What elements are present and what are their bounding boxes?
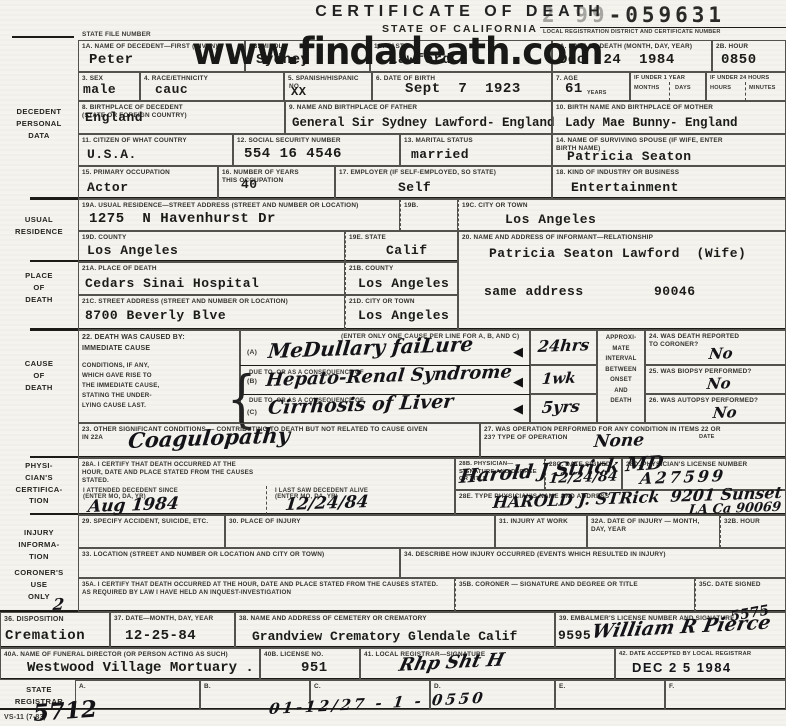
field-11-value: U.S.A. — [87, 147, 137, 162]
field-28a-attended-value: Aug 1984 — [87, 494, 180, 517]
field-39-embalmer: 39. EMBALMER'S LICENSE NUMBER AND SIGNAT… — [555, 612, 786, 648]
section-usual-residence: USUAL RESIDENCE — [4, 214, 74, 238]
field-40a-value: Westwood Village Mortuary . — [27, 660, 254, 676]
field-22-cause-lines: (ENTER ONLY ONE CAUSE PER LINE FOR A, B,… — [240, 330, 530, 423]
arrow-icon-b: ◀ — [513, 374, 523, 390]
field-9-father: 9. NAME AND BIRTHPLACE OF FATHER General… — [285, 101, 552, 134]
field-28a-certification: 28A. I CERTIFY THAT DEATH OCCURRED AT TH… — [78, 458, 455, 515]
field-19c-label: 19C. CITY OR TOWN — [462, 202, 782, 210]
field-21b-county: 21B. COUNTY Los Angeles — [345, 262, 458, 295]
section-physicians-certification: PHYSI- CIAN'S CERTIFICA- TION — [4, 460, 74, 507]
interval-c-cell: 5yrs — [530, 394, 597, 423]
field-2b-hour: 2B. HOUR 0850 — [712, 40, 786, 72]
registrar-cell-e-label: E. — [559, 683, 661, 691]
field-15-label: 15. PRIMARY OCCUPATION — [82, 169, 214, 177]
field-13-label: 13. MARITAL STATUS — [404, 137, 548, 145]
field-19d-county: 19D. COUNTY Los Angeles — [78, 231, 345, 262]
field-41-local-registrar: 41. LOCAL REGISTRAR—SIGNATURE Rhp Sht H — [360, 648, 615, 680]
field-3-sex: 3. SEX male — [78, 72, 140, 101]
field-37-label: 37. DATE—MONTH, DAY, YEAR — [114, 615, 231, 623]
section-place-of-death: PLACE OF DEATH — [4, 270, 74, 305]
field-28a-label: 28A. I CERTIFY THAT DEATH OCCURRED AT TH… — [82, 461, 451, 485]
field-33-label: 33. LOCATION (STREET AND NUMBER OR LOCAT… — [82, 551, 396, 559]
state-file-blank-line — [12, 36, 74, 38]
field-20-label: 20. NAME AND ADDRESS OF INFORMANT—RELATI… — [462, 234, 782, 242]
field-22-cause-caption: 22. DEATH WAS CAUSED BY: IMMEDIATE CAUSE… — [78, 330, 240, 423]
field-28e-physician-name-address: 28E. TYPE PHYSICIAN'S NAME AND ADDRESS H… — [455, 490, 786, 515]
findadeath-watermark: www.findadeath.com — [192, 30, 603, 73]
field-3-value: male — [83, 82, 116, 97]
field-38-value: Grandview Crematory Glendale Calif — [252, 629, 517, 644]
field-19a-residence-street: 19A. USUAL RESIDENCE—STREET ADDRESS (STR… — [78, 199, 400, 231]
under24-divider — [745, 82, 746, 101]
field-4-value: cauc — [155, 82, 188, 97]
field-21a-value: Cedars Sinai Hospital — [85, 276, 259, 291]
field-18-industry: 18. KIND OF INDUSTRY OR BUSINESS Enterta… — [552, 166, 786, 199]
section-cause-of-death: CAUSE OF DEATH — [4, 358, 74, 393]
field-26-autopsy: 26. WAS AUTOPSY PERFORMED? No — [645, 394, 786, 423]
arrow-icon-a: ◀ — [513, 344, 523, 360]
interval-caption-cell: APPROXI- MATE INTERVAL BETWEEN ONSET AND… — [597, 330, 645, 423]
interval-a-cell: 24hrs — [530, 330, 597, 365]
field-39-typed-number: 9595 — [558, 628, 591, 643]
field-40b-value: 951 — [301, 660, 328, 676]
field-30-place-of-injury: 30. PLACE OF INJURY — [225, 515, 495, 548]
field-16-value: 40 — [241, 177, 258, 192]
field-19a-value: 1275 N Havenhurst Dr — [89, 211, 276, 227]
field-under1-label: IF UNDER 1 YEAR — [634, 75, 702, 82]
field-21b-value: Los Angeles — [358, 276, 449, 291]
field-37-value: 12-25-84 — [125, 628, 196, 644]
under1-days: DAYS — [675, 85, 691, 91]
field-19e-state: 19E. STATE Calif — [345, 231, 458, 262]
registrar-cell-f-label: F. — [669, 683, 782, 691]
field-35a-coroner-certification: 35A. I CERTIFY THAT DEATH OCCURRED AT TH… — [78, 578, 455, 612]
field-19b-label: 19B. — [404, 202, 454, 210]
field-24-reported-to-coroner: 24. WAS DEATH REPORTED TO CORONER? No — [645, 330, 786, 365]
field-11-label: 11. CITIZEN OF WHAT COUNTRY — [82, 137, 229, 145]
interval-c-value: 5yrs — [541, 397, 581, 417]
field-23-other-conditions: 23. OTHER SIGNIFICANT CONDITIONS — CONTR… — [78, 423, 480, 458]
field-29-accident-suicide: 29. SPECIFY ACCIDENT, SUICIDE, ETC. — [78, 515, 225, 548]
field-31-label: 31. INJURY AT WORK — [499, 518, 583, 526]
interval-b-cell: 1wk — [530, 365, 597, 394]
field-21b-label: 21B. COUNTY — [349, 265, 454, 273]
field-30-label: 30. PLACE OF INJURY — [229, 518, 491, 526]
field-13-marital-status: 13. MARITAL STATUS married — [400, 134, 552, 166]
field-15-value: Actor — [87, 180, 129, 195]
field-7-value: 61 — [565, 81, 583, 97]
field-21a-place-of-death: 21A. PLACE OF DEATH Cedars Sinai Hospita… — [78, 262, 345, 295]
field-18-label: 18. KIND OF INDUSTRY OR BUSINESS — [556, 169, 782, 177]
field-21c-value: 8700 Beverly Blve — [85, 308, 226, 323]
certnum-underline — [540, 27, 786, 28]
field-22-conditions: CONDITIONS, IF ANY, WHICH GAVE RISE TO T… — [82, 361, 236, 411]
field-10-value: Lady Mae Bunny- England — [565, 116, 738, 130]
state-file-label: STATE FILE NUMBER — [82, 31, 151, 38]
field-10-label: 10. BIRTH NAME AND BIRTHPLACE OF MOTHER — [556, 104, 782, 112]
field-21a-label: 21A. PLACE OF DEATH — [82, 265, 341, 273]
field-22-label: 22. DEATH WAS CAUSED BY: — [82, 333, 236, 342]
cause-a-tag: (A) — [247, 349, 257, 356]
field-5-mark: XX — [291, 85, 306, 99]
field-36-label: 36. DISPOSITION — [4, 615, 106, 624]
interval-b-value: 1wk — [541, 369, 577, 388]
field-21c-street: 21C. STREET ADDRESS (STREET AND NUMBER O… — [78, 295, 345, 330]
field-9-label: 9. NAME AND BIRTHPLACE OF FATHER — [289, 104, 548, 112]
field-34-how-injury-occurred: 34. DESCRIBE HOW INJURY OCCURRED (EVENTS… — [400, 548, 786, 578]
field-21d-city: 21D. CITY OR TOWN Los Angeles — [345, 295, 458, 330]
field-20-value: Patricia Seaton Lawford (Wife) — [489, 246, 746, 261]
field-37-date: 37. DATE—MONTH, DAY, YEAR 12-25-84 — [110, 612, 235, 648]
field-23-value: Coagulopathy — [127, 422, 291, 453]
field-19c-city: 19C. CITY OR TOWN Los Angeles — [458, 199, 786, 231]
field-10-mother: 10. BIRTH NAME AND BIRTHPLACE OF MOTHER … — [552, 101, 786, 134]
field-6-date-of-birth: 6. DATE OF BIRTH Sept 7 1923 — [372, 72, 552, 101]
handwritten-5712: 5712 — [32, 696, 98, 726]
field-35c-label: 35C. DATE SIGNED — [699, 581, 782, 589]
interval-a-value: 24hrs — [537, 335, 590, 356]
field-under-24-hours: IF UNDER 24 HOURS HOURS MINUTES — [706, 72, 786, 101]
field-12-label: 12. SOCIAL SECURITY NUMBER — [237, 137, 396, 145]
registrar-cell-a-label: A. — [79, 683, 196, 691]
field-40b-label: 40B. LICENSE NO. — [264, 651, 356, 659]
under24-hours: HOURS — [710, 85, 731, 91]
field-13-value: married — [411, 147, 469, 162]
field-19e-value: Calif — [386, 243, 428, 258]
interval-caption: APPROXI- MATE INTERVAL BETWEEN ONSET AND… — [601, 333, 641, 407]
field-19c-value: Los Angeles — [505, 212, 596, 227]
field-17-value: Self — [398, 180, 431, 195]
arrow-icon-c: ◀ — [513, 401, 523, 417]
registrar-cell-e: E. — [555, 680, 665, 710]
field-38-label: 38. NAME AND ADDRESS OF CEMETERY OR CREM… — [239, 615, 551, 623]
field-21d-value: Los Angeles — [358, 308, 449, 323]
registrar-cell-f: F. — [665, 680, 786, 710]
field-11-citizen: 11. CITIZEN OF WHAT COUNTRY U.S.A. — [78, 134, 233, 166]
cause-a-value: MeDullary faiLure — [267, 332, 474, 363]
field-24-value: No — [708, 344, 734, 363]
cause-line-b-rule — [240, 394, 530, 395]
under24-minutes: MINUTES — [749, 85, 776, 91]
registrar-cell-c-label: C. — [314, 683, 426, 691]
field-32a-date-of-injury: 32A. DATE OF INJURY — MONTH, DAY, YEAR — [587, 515, 720, 548]
field-32a-label: 32A. DATE OF INJURY — MONTH, DAY, YEAR — [591, 518, 716, 535]
field-42-date-accepted: 42. DATE ACCEPTED BY LOCAL REGISTRAR DEC… — [615, 648, 786, 680]
field-19a-label: 19A. USUAL RESIDENCE—STREET ADDRESS (STR… — [82, 202, 396, 210]
death-certificate-scan: CERTIFICATE OF DEATH STATE OF CALIFORNIA… — [0, 0, 786, 726]
attended-divider — [266, 486, 267, 515]
field-22-immediate-cause: IMMEDIATE CAUSE — [82, 344, 236, 353]
field-17-label: 17. EMPLOYER (IF SELF-EMPLOYED, SO STATE… — [339, 169, 548, 177]
field-5-spanish-hispanic: 5. SPANISH/HISPANIC NO XX — [284, 72, 372, 101]
under1-months: MONTHS — [634, 85, 659, 91]
field-5-label: 5. SPANISH/HISPANIC — [288, 75, 368, 83]
field-20-informant: 20. NAME AND ADDRESS OF INFORMANT—RELATI… — [458, 231, 786, 330]
field-under-1-year: IF UNDER 1 YEAR MONTHS DAYS — [630, 72, 706, 101]
certificate-number-main: -059631 — [609, 3, 726, 27]
field-20-value-line2: same address — [484, 284, 584, 299]
field-38-cemetery: 38. NAME AND ADDRESS OF CEMETERY OR CREM… — [235, 612, 555, 648]
field-19e-label: 19E. STATE — [349, 234, 454, 242]
field-7-unit: YEARS — [587, 90, 607, 96]
field-8-birthplace: 8. BIRTHPLACE OF DECEDENT (STATE OR FORE… — [78, 101, 285, 134]
field-14-surviving-spouse: 14. NAME OF SURVIVING SPOUSE (IF WIFE, E… — [552, 134, 786, 166]
field-42-label: 42. DATE ACCEPTED BY LOCAL REGISTRAR — [619, 651, 782, 659]
field-25-biopsy: 25. WAS BIOPSY PERFORMED? No — [645, 365, 786, 394]
field-16-years-occupation: 16. NUMBER OF YEARS THIS OCCUPATION 40 — [218, 166, 335, 199]
under24-label: IF UNDER 24 HOURS — [710, 75, 782, 82]
field-4-race: 4. RACE/ETHNICITY cauc — [140, 72, 284, 101]
field-16-label: 16. NUMBER OF YEARS THIS OCCUPATION — [222, 169, 331, 186]
field-26-value: No — [712, 403, 738, 422]
certificate-number: 2 99-059631 — [542, 3, 725, 27]
field-19b: 19B. — [400, 199, 458, 231]
field-9-value: General Sir Sydney Lawford- England — [292, 116, 555, 130]
field-35b-label: 35B. CORONER — SIGNATURE AND DEGREE OR T… — [459, 581, 691, 589]
field-19d-value: Los Angeles — [87, 243, 178, 258]
field-20-zip: 90046 — [654, 284, 696, 299]
field-32b-label: 32B. HOUR — [724, 518, 782, 526]
field-32b-hour: 32B. HOUR — [720, 515, 786, 548]
field-19d-label: 19D. COUNTY — [82, 234, 341, 242]
field-14-value: Patricia Seaton — [567, 149, 692, 164]
under1-divider — [669, 82, 670, 101]
field-17-employer: 17. EMPLOYER (IF SELF-EMPLOYED, SO STATE… — [335, 166, 552, 199]
field-36-disposition: 36. DISPOSITION Cremation — [0, 612, 110, 648]
field-27-date-label: DATE — [699, 434, 715, 440]
field-2b-label: 2B. HOUR — [716, 43, 782, 51]
field-41-signature: Rhp Sht H — [397, 649, 506, 676]
field-15-occupation: 15. PRIMARY OCCUPATION Actor — [78, 166, 218, 199]
field-2b-value: 0850 — [721, 52, 757, 68]
field-29-label: 29. SPECIFY ACCIDENT, SUICIDE, ETC. — [82, 518, 221, 526]
field-40b-license-no: 40B. LICENSE NO. 951 — [260, 648, 360, 680]
field-40a-label: 40A. NAME OF FUNERAL DIRECTOR (OR PERSON… — [4, 651, 256, 659]
field-33-location: 33. LOCATION (STREET AND NUMBER OR LOCAT… — [78, 548, 400, 578]
field-28a-lastsaw-value: 12/24/84 — [284, 492, 369, 515]
field-31-injury-at-work: 31. INJURY AT WORK — [495, 515, 587, 548]
certificate-number-faint: 2 99 — [542, 3, 609, 27]
field-35a-label: 35A. I CERTIFY THAT DEATH OCCURRED AT TH… — [82, 581, 442, 597]
field-21c-label: 21C. STREET ADDRESS (STREET AND NUMBER O… — [82, 298, 341, 306]
field-1a-value: Peter — [89, 52, 134, 68]
field-34-label: 34. DESCRIBE HOW INJURY OCCURRED (EVENTS… — [404, 551, 782, 559]
section-decedent-personal-data: DECEDENT PERSONAL DATA — [4, 106, 74, 141]
field-7-age: 7. AGE 61 YEARS — [552, 72, 630, 101]
field-27-value: None — [593, 430, 645, 452]
field-25-value: No — [706, 374, 732, 393]
field-42-date-stamp: DEC 2 5 1984 — [632, 660, 732, 675]
field-12-ssn: 12. SOCIAL SECURITY NUMBER 554 16 4546 — [233, 134, 400, 166]
field-21d-label: 21D. CITY OR TOWN — [349, 298, 454, 306]
cause-line-a-rule — [240, 365, 530, 366]
section-injury-information: INJURY INFORMA- TION — [4, 527, 74, 562]
field-12-value: 554 16 4546 — [244, 146, 342, 162]
field-36-value: Cremation — [5, 628, 85, 644]
field-8-value: England — [85, 110, 143, 125]
field-35b-coroner-signature: 35B. CORONER — SIGNATURE AND DEGREE OR T… — [455, 578, 695, 612]
field-6-value: Sept 7 1923 — [405, 81, 521, 97]
field-40a-funeral-director: 40A. NAME OF FUNERAL DIRECTOR (OR PERSON… — [0, 648, 260, 680]
registrar-cell-b-label: B. — [204, 683, 306, 691]
field-18-value: Entertainment — [571, 180, 679, 195]
